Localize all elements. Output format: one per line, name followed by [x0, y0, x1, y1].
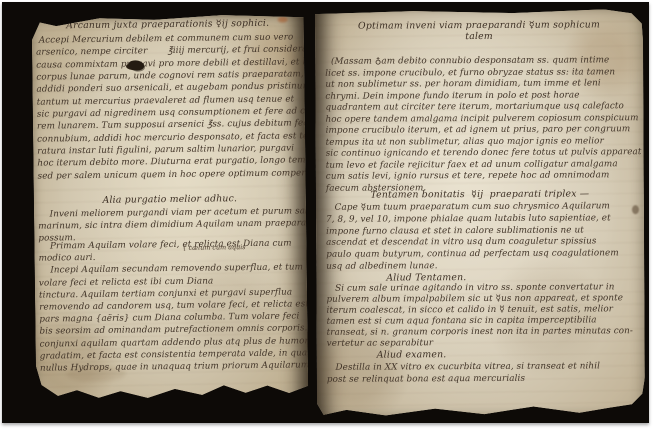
left-section-heading: Alia purgatio melior adhuc.	[34, 192, 306, 206]
manuscript-line: paulo quam butyrum, continua ad perfecta…	[326, 248, 644, 261]
manuscript-line: iterum coalescat, in sicco et calido in …	[326, 304, 644, 317]
manuscript-line: ut non sublimetur ss. per horam dimidiam…	[325, 78, 643, 91]
right-page-heading-line2: talem	[315, 30, 643, 43]
left-page-heading: Arcanum juxta praeparationis ☿ij sophici…	[32, 17, 304, 31]
manuscript-line: Destilla in XX vitro ex cucurbita vitrea…	[327, 360, 645, 374]
manuscript-line: vertetur ac separabitur	[327, 337, 645, 350]
manuscript-line: cum satis levi, ignio rursus et tere, re…	[326, 171, 644, 184]
left-page: Arcanum juxta praeparationis ☿ij sophici…	[32, 13, 309, 408]
manuscript-line: transeat, si n. granum corporis inest no…	[327, 326, 645, 339]
right-paragraph-1: (Massam ♁am debito connubio desponsatam …	[325, 55, 644, 195]
manuscript-photo: Arcanum juxta praeparationis ☿ij sophici…	[0, 0, 654, 432]
black-backdrop: Arcanum juxta praeparationis ☿ij sophici…	[2, 2, 649, 423]
right-paragraph-2: Cape ☿um tuum praeparatum cum suo chrysm…	[326, 201, 644, 273]
interlinear-insertion: { cælum cum aquis	[182, 243, 245, 252]
manuscript-line: (Massam ♁am debito connubio desponsatam …	[325, 55, 643, 68]
left-paragraph-1: Accepi Mercurium debilem et communem cum…	[36, 31, 309, 183]
manuscript-line: 7, 8, 9, vel 10, impone phialae quam lut…	[326, 213, 644, 226]
manuscript-line: sed per salem unicum quem in hoc opere o…	[37, 167, 308, 183]
right-paragraph-4: Destilla in XX vitro ex cucurbita vitrea…	[327, 360, 645, 386]
right-section-heading-1: Tentamen bonitatis ☿ij praeparati triple…	[316, 188, 645, 201]
right-page: Optimam inveni viam praeparandi ☿um soph…	[315, 9, 645, 420]
right-paragraph-3: Si cum sale urinae agitando in vitro ss.…	[326, 282, 644, 349]
left-paragraph-3: Primam Aquilam volare feci, et relicta e…	[38, 237, 308, 375]
right-section-heading-3: Aliud examen.	[317, 348, 645, 361]
manuscript-line: nullus Hydrops, quae in unaquaq trium pr…	[40, 359, 309, 375]
manuscript-line: post se relinquat bona est aqua mercuria…	[327, 372, 645, 386]
